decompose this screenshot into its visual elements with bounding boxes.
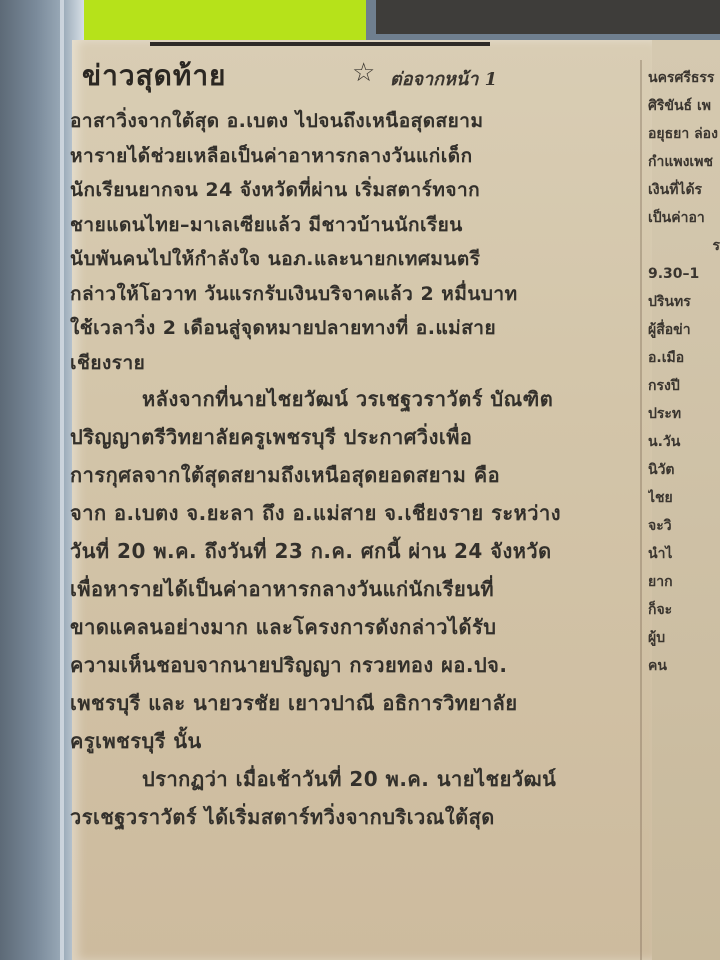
article-line: กล่าวให้โอวาท วันแรกรับเงินบริจาคแล้ว 2 … <box>70 277 630 312</box>
sleeve-edge <box>60 0 64 960</box>
right-line: คน <box>648 652 720 680</box>
dark-photo-band <box>376 0 720 34</box>
right-line: นำไ <box>648 540 720 568</box>
right-line: อยุธยา ล่อง <box>648 120 720 148</box>
right-line: ผู้บ <box>648 624 720 652</box>
right-line: ก็จะ <box>648 596 720 624</box>
article-line: เชียงราย <box>70 346 630 381</box>
paragraph-line: การกุศลจากใต้สุดสยามถึงเหนือสุดยอดสยาม ค… <box>70 456 630 494</box>
article-line: ชายแดนไทย–มาเลเซียแล้ว มีชาวบ้านนักเรียน <box>70 208 630 243</box>
right-line: นครศรีธรร <box>648 64 720 92</box>
right-line: จะวิ <box>648 512 720 540</box>
right-line: ผู้สื่อข่า <box>648 316 720 344</box>
article-line: นับพันคนไปให้กำลังใจ นอภ.และนายกเทศมนตรี <box>70 242 630 277</box>
right-line: กำแพงเพช <box>648 148 720 176</box>
right-line: ไชย <box>648 484 720 512</box>
paragraph-line: เพื่อหารายได้เป็นค่าอาหารกลางวันแก่นักเร… <box>70 570 630 608</box>
right-line: นิวัต <box>648 456 720 484</box>
headline: ข่าวสุดท้าย <box>82 54 226 98</box>
article-line: อาสาวิ่งจากใต้สุด อ.เบตง ไปจนถึงเหนือสุด… <box>70 104 630 139</box>
paragraph-line: วันที่ 20 พ.ค. ถึงวันที่ 23 ก.ค. ศกนี้ ผ… <box>70 532 630 570</box>
green-tab <box>84 0 366 40</box>
paragraph-line: เพชรบุรี และ นายวรชัย เยาวปาณี อธิการวิท… <box>70 684 630 722</box>
right-line: ศิริขันธ์ เพ <box>648 92 720 120</box>
column-divider <box>640 60 642 960</box>
top-rule <box>150 42 490 46</box>
right-column-text: นครศรีธรร ศิริขันธ์ เพ อยุธยา ล่อง กำแพง… <box>648 64 720 680</box>
right-line: เงินที่ได้ร <box>648 176 720 204</box>
article-line: หารายได้ช่วยเหลือเป็นค่าอาหารกลางวันแก่เ… <box>70 139 630 174</box>
right-line: ยาก <box>648 568 720 596</box>
right-line: อ.เมือ <box>648 344 720 372</box>
paragraph-line: จาก อ.เบตง จ.ยะลา ถึง อ.แม่สาย จ.เชียงรา… <box>70 494 630 532</box>
paragraph-line: ปรากฏว่า เมื่อเช้าวันที่ 20 พ.ค. นายไชยว… <box>70 760 630 798</box>
paragraph-line: ปริญญาตรีวิทยาลัยครูเพชรบุรี ประกาศวิ่งเ… <box>70 418 630 456</box>
paragraph-line: หลังจากที่นายไชยวัฒน์ วรเชฐวราวัตร์ บัณฑ… <box>70 380 630 418</box>
paragraph-line: ขาดแคลนอย่างมาก และโครงการดังกล่าวได้รับ <box>70 608 630 646</box>
right-line: ร <box>648 232 720 260</box>
article-line: นักเรียนยากจน 24 จังหวัดที่ผ่าน เริ่มสตา… <box>70 173 630 208</box>
paragraph-line: ครูเพชรบุรี นั้น <box>70 722 630 760</box>
right-line: 9.30–1 <box>648 260 720 288</box>
paragraph-line: วรเชฐวราวัตร์ ได้เริ่มสตาร์ทวิ่งจากบริเว… <box>70 798 630 836</box>
right-line: ปรินทร <box>648 288 720 316</box>
paragraph-line: ความเห็นชอบจากนายปริญญา กรวยทอง ผอ.ปจ. <box>70 646 630 684</box>
article-body: อาสาวิ่งจากใต้สุด อ.เบตง ไปจนถึงเหนือสุด… <box>70 104 630 836</box>
right-line: เป็นค่าอา <box>648 204 720 232</box>
continued-from-page: ต่อจากหน้า 1 <box>390 64 497 93</box>
article-line: ใช้เวลาวิ่ง 2 เดือนสู่จุดหมายปลายทางที่ … <box>70 311 630 346</box>
right-line: ประท <box>648 400 720 428</box>
star-icon: ☆ <box>352 58 375 88</box>
right-line: น.วัน <box>648 428 720 456</box>
right-line: กรงปี <box>648 372 720 400</box>
